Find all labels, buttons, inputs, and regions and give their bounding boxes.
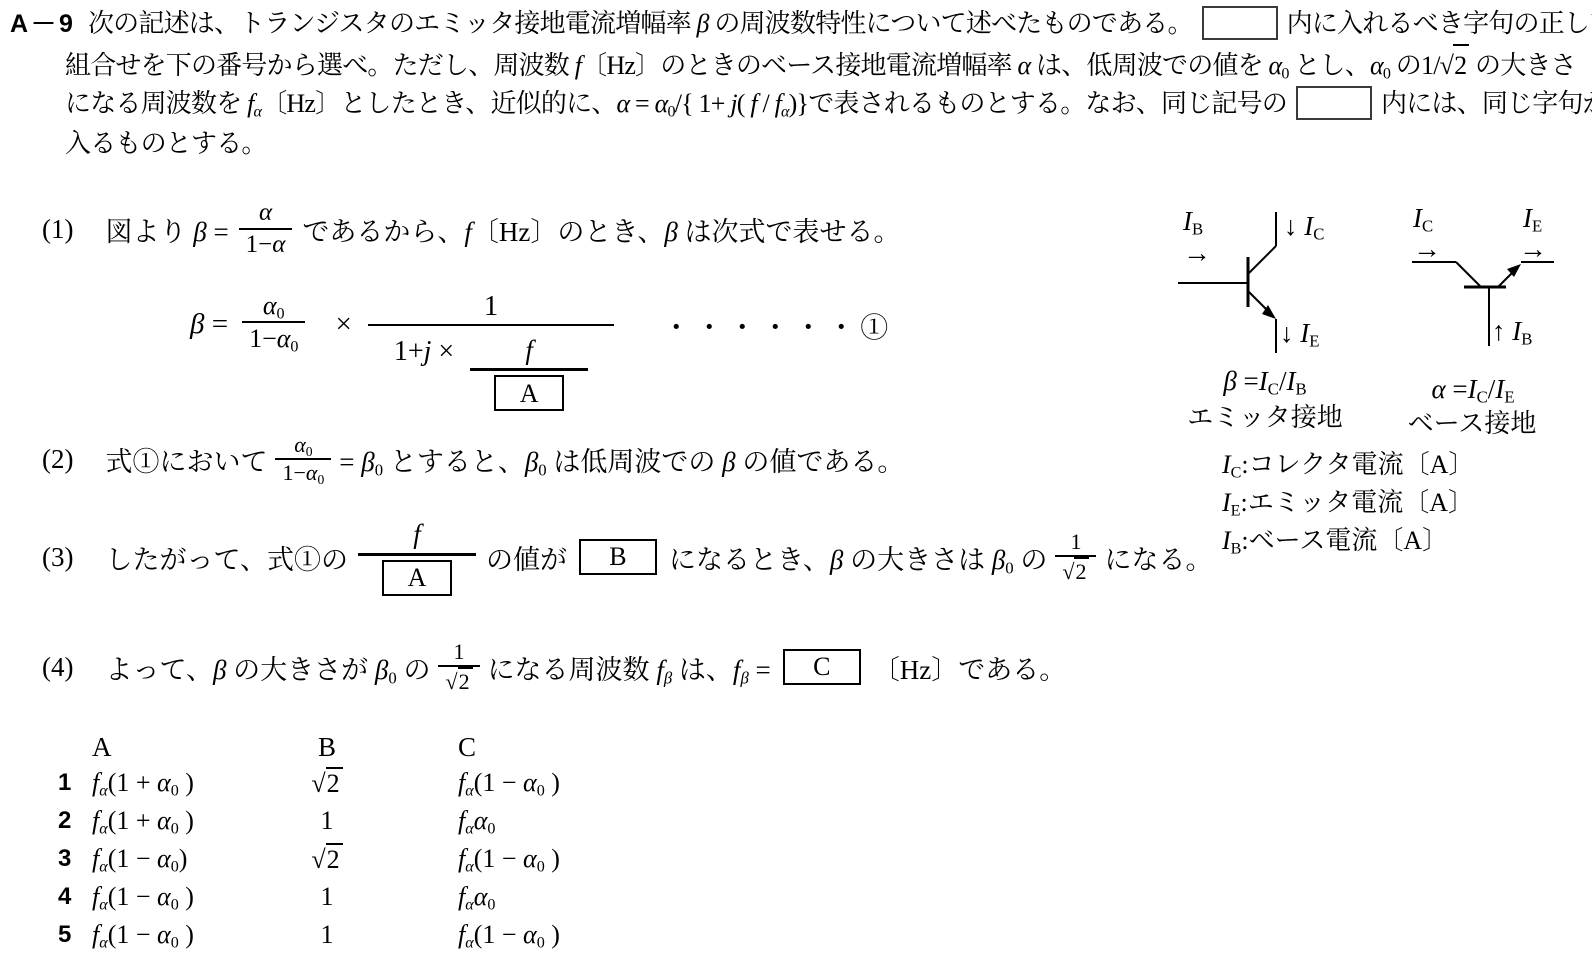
legend-base-current: IB:ベース電流〔A〕 (1222, 522, 1474, 560)
emitter-grounded-transistor-figure (1150, 200, 1300, 360)
header-text-3b: 内には、同じ字句が (1381, 89, 1592, 118)
choices-table: A B C 1 fα(1 + α0 ) √2 fα(1 − α0 ) 2 fα(… (52, 730, 682, 954)
denominator-prefix: 1+j × (394, 336, 454, 368)
choice-row-3: 3 fα(1 − α0) √2 fα(1 − α0 ) (52, 840, 682, 878)
current-label-ic-down: ↓ IC (1284, 211, 1324, 242)
item-3-text-3: になるとき、β の大きさは β0 の (669, 538, 1047, 577)
fraction-alpha0-over-1-minus-alpha0-inline: α0 1−α0 (275, 432, 331, 487)
equation-number-dots: ・・・・・・① (662, 306, 893, 346)
right-arrow-icon: → (1183, 240, 1211, 268)
current-label-ie-down: ↓ IE (1280, 318, 1319, 349)
header-text-1b: 内に入れるべき字句の正しい (1287, 9, 1592, 38)
beta-formula: β =IC/IB (1185, 366, 1345, 397)
right-arrow-icon: → (1413, 236, 1441, 264)
current-label-ic: IC (1413, 203, 1433, 234)
choice-2-c: fαα0 (382, 806, 682, 836)
big-fraction-numerator: 1 (484, 288, 499, 324)
item-2-label: (2) (42, 444, 73, 475)
choice-5-a: fα(1 − α0 ) (92, 920, 272, 950)
current-label-ib: IB (1183, 206, 1203, 237)
choice-1-b: √2 (272, 767, 382, 799)
base-grounded-caption: ベース接地 (1392, 403, 1552, 440)
header-line-1: A－9次の記述は、トランジスタのエミッタ接地電流増幅率 β の周波数特性について… (10, 4, 1590, 44)
choice-3-number: 3 (52, 845, 92, 873)
choice-row-2: 2 fα(1 + α0 ) 1 fαα0 (52, 802, 682, 840)
exam-question-page: A－9次の記述は、トランジスタのエミッタ接地電流増幅率 β の周波数特性について… (0, 0, 1592, 971)
item-3-text-4: になる。 (1104, 538, 1212, 577)
item-4-text-2: になる周波数 fβ は、fβ = (488, 648, 771, 687)
column-header-a: A (92, 732, 272, 763)
equation-lhs: β = (190, 308, 228, 341)
item-1-label: (1) (42, 214, 73, 245)
item-2: (2) 式①において α0 1−α0 = β0 とすると、β0 は低周波での β… (42, 428, 904, 490)
choice-5-number: 5 (52, 921, 92, 949)
choice-3-a: fα(1 − α0) (92, 844, 272, 874)
choice-row-5: 5 fα(1 − α0 ) 1 fα(1 − α0 ) (52, 916, 682, 954)
header-line-4: 入るものとする。 (10, 124, 1590, 164)
choice-row-4: 4 fα(1 − α0 ) 1 fαα0 (52, 878, 682, 916)
header-text-2: 組合せを下の番号から選べ。ただし、周波数 f〔Hz〕のときのベース接地電流増幅率… (65, 51, 1576, 80)
fraction-f-over-box-a: f A (470, 334, 588, 411)
answer-box-c: C (783, 649, 861, 685)
fraction-alpha-over-1-minus-alpha: α 1−α (239, 198, 293, 260)
legend-emitter-current: IE:エミッタ電流〔A〕 (1222, 484, 1474, 522)
choice-1-a: fα(1 + α0 ) (92, 768, 272, 798)
item-1-text-1: 図より β = (105, 210, 228, 249)
current-label-ie: IE (1523, 203, 1542, 234)
item-4: (4) よって、β の大きさが β0 の 1 √2 になる周波数 fβ は、fβ… (42, 626, 1066, 708)
choice-3-c: fα(1 − α0 ) (382, 844, 682, 874)
blank-box-2 (1296, 86, 1372, 120)
item-4-text-1: よって、β の大きさが β0 の (105, 648, 430, 687)
choice-4-b: 1 (272, 882, 382, 912)
item-1: (1) 図より β = α 1−α であるから、f〔Hz〕のとき、β は次式で表… (42, 198, 901, 260)
header-text-4: 入るものとする。 (65, 129, 267, 158)
current-label-ib-up: ↑ IB (1492, 316, 1532, 347)
header-text-3a: になる周波数を fα〔Hz〕としたとき、近似的に、α = α0/{ 1+ j( … (65, 89, 1287, 118)
choice-2-a: fα(1 + α0 ) (92, 806, 272, 836)
right-arrow-icon: → (1519, 236, 1547, 264)
fraction-1-over-sqrt2: 1 √2 (1055, 529, 1096, 586)
choice-2-number: 2 (52, 807, 92, 835)
item-3-text-1: したがって、式①の (105, 538, 347, 577)
question-header: A－9次の記述は、トランジスタのエミッタ接地電流増幅率 β の周波数特性について… (10, 4, 1590, 164)
big-fraction: 1 1+j × f A (368, 288, 614, 411)
choice-4-number: 4 (52, 883, 92, 911)
fraction-1-over-sqrt2-2: 1 √2 (438, 639, 479, 696)
alpha-formula: α =IC/IE (1398, 374, 1548, 405)
header-line-2: 組合せを下の番号から選べ。ただし、周波数 f〔Hz〕のときのベース接地電流増幅率… (10, 44, 1590, 84)
choice-1-c: fα(1 − α0 ) (382, 768, 682, 798)
current-legend: IC:コレクタ電流〔A〕 IE:エミッタ電流〔A〕 IB:ベース電流〔A〕 (1222, 446, 1474, 560)
header-line-3: になる周波数を fα〔Hz〕としたとき、近似的に、α = α0/{ 1+ j( … (10, 84, 1590, 124)
legend-collector-current: IC:コレクタ電流〔A〕 (1222, 446, 1474, 484)
header-text-1a: 次の記述は、トランジスタのエミッタ接地電流増幅率 β の周波数特性について述べた… (88, 9, 1193, 38)
fraction-alpha0-over-1-minus-alpha0: α0 1−α0 (242, 290, 305, 354)
column-header-c: C (382, 732, 682, 763)
item-3-label: (3) (42, 542, 73, 573)
column-header-b: B (272, 732, 382, 763)
item-3: (3) したがって、式①の f A の値が B になるとき、β の大きさは β0… (42, 516, 1212, 598)
choice-3-b: √2 (272, 843, 382, 875)
question-number: A－9 (10, 10, 76, 38)
equation-1: β = α0 1−α0 × 1 1+j × f A ・・・・・・① (190, 288, 893, 411)
item-1-text-2: であるから、f〔Hz〕のとき、β は次式で表せる。 (302, 210, 900, 249)
blank-box-1 (1202, 6, 1278, 40)
choice-5-b: 1 (272, 920, 382, 950)
choices-header-row: A B C (52, 730, 682, 764)
item-2-text-2: = β0 とすると、β0 は低周波での β の値である。 (339, 440, 904, 479)
item-3-text-2: の値が (486, 538, 567, 577)
answer-box-b: B (579, 539, 657, 575)
big-fraction-denominator: 1+j × f A (368, 324, 614, 411)
answer-box-a-2: A (382, 560, 452, 596)
choice-5-c: fα(1 − α0 ) (382, 920, 682, 950)
fraction-f-over-box-a-inline: f A (358, 518, 476, 595)
choice-4-c: fαα0 (382, 882, 682, 912)
emitter-grounded-caption: エミッタ接地 (1175, 397, 1355, 434)
item-2-text-1: 式①において (105, 440, 267, 479)
item-4-label: (4) (42, 652, 73, 683)
choice-2-b: 1 (272, 806, 382, 836)
choice-row-1: 1 fα(1 + α0 ) √2 fα(1 − α0 ) (52, 764, 682, 802)
multiplication-sign: × (335, 308, 351, 341)
choice-1-number: 1 (52, 769, 92, 797)
choice-4-a: fα(1 − α0 ) (92, 882, 272, 912)
item-4-text-3: 〔Hz〕である。 (873, 648, 1066, 687)
answer-box-a: A (494, 375, 564, 411)
